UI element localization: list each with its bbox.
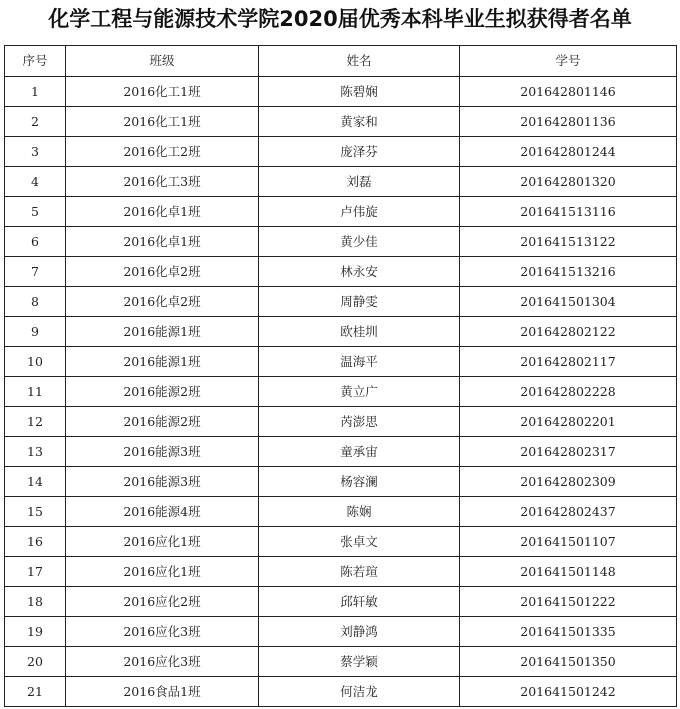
cell-name: 温海平 — [259, 347, 460, 377]
cell-class: 2016能源4班 — [66, 497, 259, 527]
cell-student-id: 201641501242 — [460, 677, 677, 707]
cell-student-id: 201642801320 — [460, 167, 677, 197]
cell-name: 刘静鸿 — [259, 617, 460, 647]
cell-class: 2016能源3班 — [66, 467, 259, 497]
cell-class: 2016能源1班 — [66, 347, 259, 377]
cell-index: 1 — [5, 77, 66, 107]
cell-index: 7 — [5, 257, 66, 287]
cell-student-id: 201642801146 — [460, 77, 677, 107]
table-row: 172016应化1班陈若瑄201641501148 — [5, 557, 677, 587]
cell-name: 庞泽芬 — [259, 137, 460, 167]
cell-class: 2016化卓2班 — [66, 257, 259, 287]
table-row: 182016应化2班邱轩敏201641501222 — [5, 587, 677, 617]
cell-student-id: 201642802201 — [460, 407, 677, 437]
cell-student-id: 201642802122 — [460, 317, 677, 347]
cell-name: 陈若瑄 — [259, 557, 460, 587]
cell-class: 2016化卓1班 — [66, 197, 259, 227]
cell-name: 陈娴 — [259, 497, 460, 527]
cell-name: 杨容澜 — [259, 467, 460, 497]
cell-name: 蔡学颖 — [259, 647, 460, 677]
header-class: 班级 — [66, 46, 259, 77]
cell-class: 2016化工3班 — [66, 167, 259, 197]
cell-name: 童承宙 — [259, 437, 460, 467]
cell-index: 3 — [5, 137, 66, 167]
document-title: 化学工程与能源技术学院2020届优秀本科毕业生拟获得者名单 — [0, 4, 680, 34]
cell-class: 2016能源1班 — [66, 317, 259, 347]
cell-index: 21 — [5, 677, 66, 707]
table-row: 42016化工3班刘磊201642801320 — [5, 167, 677, 197]
cell-index: 8 — [5, 287, 66, 317]
cell-index: 10 — [5, 347, 66, 377]
cell-class: 2016食品1班 — [66, 677, 259, 707]
table-row: 72016化卓2班林永安201641513216 — [5, 257, 677, 287]
cell-student-id: 201641501304 — [460, 287, 677, 317]
cell-index: 13 — [5, 437, 66, 467]
table-row: 102016能源1班温海平201642802117 — [5, 347, 677, 377]
table-row: 132016能源3班童承宙201642802317 — [5, 437, 677, 467]
table-row: 62016化卓1班黄少佳201641513122 — [5, 227, 677, 257]
cell-class: 2016能源3班 — [66, 437, 259, 467]
table-row: 52016化卓1班卢伟旋201641513116 — [5, 197, 677, 227]
header-name: 姓名 — [259, 46, 460, 77]
cell-student-id: 201641513122 — [460, 227, 677, 257]
cell-student-id: 201642802437 — [460, 497, 677, 527]
cell-student-id: 201642801136 — [460, 107, 677, 137]
cell-index: 9 — [5, 317, 66, 347]
table-row: 202016应化3班蔡学颖201641501350 — [5, 647, 677, 677]
table-header-row: 序号 班级 姓名 学号 — [5, 46, 677, 77]
table-row: 82016化卓2班周静雯201641501304 — [5, 287, 677, 317]
header-student-id: 学号 — [460, 46, 677, 77]
cell-student-id: 201642802317 — [460, 437, 677, 467]
cell-class: 2016应化1班 — [66, 557, 259, 587]
cell-name: 黄家和 — [259, 107, 460, 137]
cell-student-id: 201641513216 — [460, 257, 677, 287]
cell-student-id: 201642802228 — [460, 377, 677, 407]
table-row: 162016应化1班张卓文201641501107 — [5, 527, 677, 557]
cell-student-id: 201641501107 — [460, 527, 677, 557]
cell-index: 14 — [5, 467, 66, 497]
table-row: 12016化工1班陈碧娴201642801146 — [5, 77, 677, 107]
cell-index: 16 — [5, 527, 66, 557]
cell-student-id: 201641513116 — [460, 197, 677, 227]
cell-index: 6 — [5, 227, 66, 257]
cell-name: 林永安 — [259, 257, 460, 287]
cell-index: 5 — [5, 197, 66, 227]
cell-class: 2016应化2班 — [66, 587, 259, 617]
cell-name: 张卓文 — [259, 527, 460, 557]
cell-name: 欧桂圳 — [259, 317, 460, 347]
cell-index: 4 — [5, 167, 66, 197]
cell-class: 2016化卓2班 — [66, 287, 259, 317]
cell-student-id: 201642802309 — [460, 467, 677, 497]
cell-index: 19 — [5, 617, 66, 647]
cell-name: 何洁龙 — [259, 677, 460, 707]
cell-index: 15 — [5, 497, 66, 527]
table-row: 192016应化3班刘静鸿201641501335 — [5, 617, 677, 647]
cell-class: 2016化工1班 — [66, 107, 259, 137]
cell-name: 刘磊 — [259, 167, 460, 197]
cell-index: 12 — [5, 407, 66, 437]
cell-name: 周静雯 — [259, 287, 460, 317]
table-row: 122016能源2班芮澎思201642802201 — [5, 407, 677, 437]
cell-name: 陈碧娴 — [259, 77, 460, 107]
table-row: 92016能源1班欧桂圳201642802122 — [5, 317, 677, 347]
cell-class: 2016能源2班 — [66, 407, 259, 437]
table-row: 112016能源2班黄立广201642802228 — [5, 377, 677, 407]
cell-student-id: 201641501148 — [460, 557, 677, 587]
cell-student-id: 201641501335 — [460, 617, 677, 647]
cell-class: 2016化工1班 — [66, 77, 259, 107]
cell-name: 黄少佳 — [259, 227, 460, 257]
table-row: 152016能源4班陈娴201642802437 — [5, 497, 677, 527]
cell-index: 18 — [5, 587, 66, 617]
cell-index: 11 — [5, 377, 66, 407]
cell-class: 2016化卓1班 — [66, 227, 259, 257]
table-row: 22016化工1班黄家和201642801136 — [5, 107, 677, 137]
cell-class: 2016应化3班 — [66, 647, 259, 677]
cell-student-id: 201642801244 — [460, 137, 677, 167]
cell-class: 2016能源2班 — [66, 377, 259, 407]
table-row: 212016食品1班何洁龙201641501242 — [5, 677, 677, 707]
table-row: 32016化工2班庞泽芬201642801244 — [5, 137, 677, 167]
cell-name: 邱轩敏 — [259, 587, 460, 617]
header-index: 序号 — [5, 46, 66, 77]
cell-class: 2016应化1班 — [66, 527, 259, 557]
table-row: 142016能源3班杨容澜201642802309 — [5, 467, 677, 497]
cell-student-id: 201642802117 — [460, 347, 677, 377]
cell-name: 芮澎思 — [259, 407, 460, 437]
table-body: 12016化工1班陈碧娴20164280114622016化工1班黄家和2016… — [5, 77, 677, 707]
cell-student-id: 201641501222 — [460, 587, 677, 617]
cell-name: 卢伟旋 — [259, 197, 460, 227]
cell-student-id: 201641501350 — [460, 647, 677, 677]
cell-index: 17 — [5, 557, 66, 587]
cell-index: 20 — [5, 647, 66, 677]
honor-list-table: 序号 班级 姓名 学号 12016化工1班陈碧娴2016428011462201… — [4, 45, 677, 707]
cell-class: 2016化工2班 — [66, 137, 259, 167]
cell-index: 2 — [5, 107, 66, 137]
cell-name: 黄立广 — [259, 377, 460, 407]
cell-class: 2016应化3班 — [66, 617, 259, 647]
